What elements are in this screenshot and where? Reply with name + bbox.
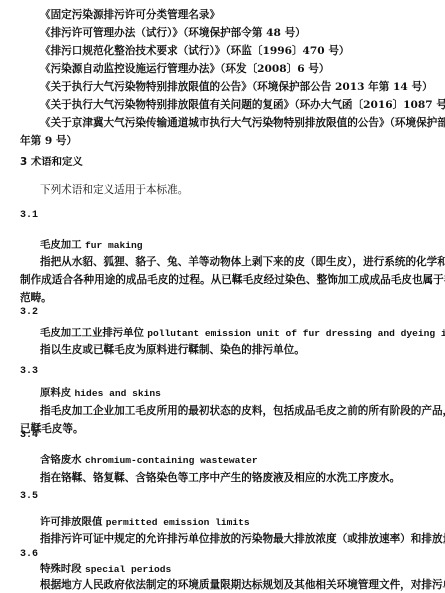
term-en: chromium-containing wastewater [85, 455, 258, 466]
term-en: special periods [85, 564, 171, 575]
term-number: 3.1 [20, 209, 38, 223]
term-definition: 指以生皮或已鞣毛皮为原料进行鞣制、染色的排污单位。 [40, 343, 305, 357]
term-number: 3.2 [20, 306, 38, 320]
section-heading: 3 术语和定义 [20, 155, 83, 169]
term-number: 3.6 [20, 548, 38, 562]
term-definition: 指在铬鞣、铬复鞣、含铬染色等工序中产生的铬废液及相应的水洗工序废水。 [40, 471, 400, 485]
term-cn: 含铬废水 [40, 454, 82, 466]
term-title: 原料皮 hides and skins [40, 386, 161, 401]
term-en: hides and skins [75, 388, 161, 399]
reference-item: 《排污许可管理办法（试行）》（环境保护部令第 48 号） [40, 26, 306, 40]
term-en: permitted emission limits [106, 517, 250, 528]
term-cn: 毛皮加工工业排污单位 [40, 327, 144, 339]
term-definition: 指把从水貂、狐狸、貉子、兔、羊等动物体上剥下来的皮（即生皮），进行系统的化学和物… [40, 255, 445, 269]
reference-item: 《固定污染源排污许可分类管理名录》 [40, 8, 220, 22]
term-title: 毛皮加工工业排污单位 pollutant emission unit of fu… [40, 326, 445, 341]
term-definition: 根据地方人民政府依法制定的环境质量限期达标规划及其他相关环境管理文件，对排污单位… [40, 578, 445, 592]
section-intro: 下列术语和定义适用于本标准。 [40, 183, 188, 197]
reference-item: 《关于执行大气污染物特别排放限值的公告》（环境保护部公告 2013 年第 14 … [40, 80, 433, 94]
term-definition: 指排污许可证中规定的允许排污单位排放的污染物最大排放浓度（或排放速率）和排放量。 [40, 532, 445, 546]
reference-item: 《关于京津冀大气污染传输通道城市执行大气污染物特别排放限值的公告》（环境保护部公… [40, 116, 445, 130]
term-cn: 许可排放限值 [40, 516, 102, 528]
term-title: 毛皮加工 fur making [40, 238, 143, 253]
reference-item: 《关于执行大气污染物特别排放限值有关问题的复函》（环办大气函〔2016〕1087… [40, 98, 445, 112]
term-cn: 特殊时段 [40, 563, 82, 575]
term-cn: 毛皮加工 [40, 239, 82, 251]
term-title: 特殊时段 special periods [40, 562, 171, 577]
term-number: 3.4 [20, 429, 38, 443]
term-definition: 指毛皮加工企业加工毛皮所用的最初状态的皮料，包括成品毛皮之前的所有阶段的产品，如… [40, 404, 445, 418]
term-number: 3.3 [20, 365, 38, 379]
term-title: 含铬废水 chromium-containing wastewater [40, 453, 258, 468]
term-en: fur making [85, 240, 143, 251]
reference-item: 《排污口规范化整治技术要求（试行）》（环监〔1996〕470 号） [40, 44, 350, 58]
term-en: pollutant emission unit of fur dressing … [147, 328, 445, 339]
term-title: 许可排放限值 permitted emission limits [40, 515, 250, 530]
term-definition: 制作成适合各种用途的成品毛皮的过程。从已鞣毛皮经过染色、整饰加工成成品毛皮也属于… [20, 273, 445, 287]
reference-item-continuation: 年第 9 号） [20, 134, 77, 148]
term-definition: 范畴。 [20, 291, 52, 305]
term-cn: 原料皮 [40, 387, 71, 399]
term-number: 3.5 [20, 490, 38, 504]
reference-item: 《污染源自动监控设施运行管理办法》（环发〔2008〕6 号） [40, 62, 330, 76]
